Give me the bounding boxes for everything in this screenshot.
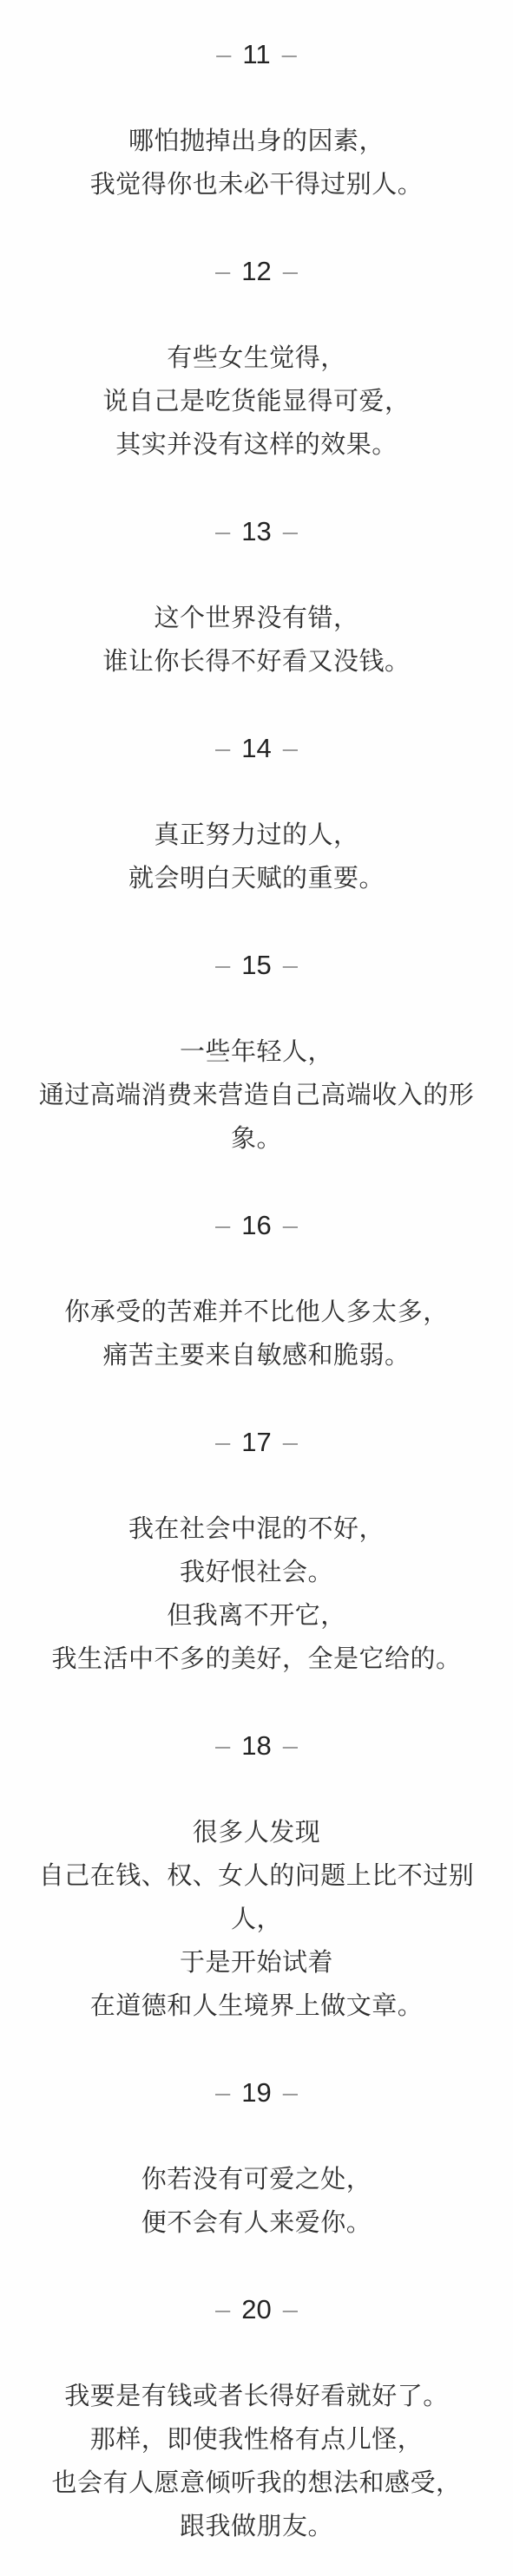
quote-line: 很多人发现 xyxy=(0,1811,513,1854)
quote-line: 我好恨社会。 xyxy=(0,1551,513,1594)
quote-line: 一些年轻人， xyxy=(0,1030,513,1074)
quote-line: 我生活中不多的美好，全是它给的。 xyxy=(0,1638,513,1681)
section-number: 18 xyxy=(241,1730,271,1761)
section-number: 15 xyxy=(241,950,271,980)
dash-left: – xyxy=(215,516,230,546)
quote-line: 通过高端消费来营造自己高端收入的形 xyxy=(0,1074,513,1117)
dash-left: – xyxy=(215,950,230,980)
section-18: –18– 很多人发现 自己在钱、权、女人的问题上比不过别 人， 于是开始试着 在… xyxy=(0,1724,513,2028)
quote-line: 哪怕抛掉出身的因素， xyxy=(0,120,513,163)
quote-line: 其实并没有这样的效果。 xyxy=(0,423,513,467)
dash-right: – xyxy=(283,1730,298,1761)
dash-left: – xyxy=(215,2294,230,2324)
section-number: 12 xyxy=(241,256,271,286)
quote-line: 人， xyxy=(0,1898,513,1941)
quote-line: 便不会有人来爱你。 xyxy=(0,2201,513,2245)
quote-line: 痛苦主要来自敏感和脆弱。 xyxy=(0,1334,513,1377)
quote-line: 那样，即使我性格有点儿怪， xyxy=(0,2418,513,2462)
quote-line: 跟我做朋友。 xyxy=(0,2505,513,2548)
quote-line: 我觉得你也未必干得过别人。 xyxy=(0,163,513,206)
section-number: 14 xyxy=(241,733,271,763)
quote-line: 说自己是吃货能显得可爱， xyxy=(0,380,513,423)
section-15: –15– 一些年轻人， 通过高端消费来营造自己高端收入的形 象。 xyxy=(0,944,513,1161)
dash-right: – xyxy=(283,516,298,546)
section-19: –19– 你若没有可爱之处， 便不会有人来爱你。 xyxy=(0,2071,513,2245)
section-number: 17 xyxy=(241,1427,271,1457)
section-number: 19 xyxy=(241,2077,271,2108)
section-20: –20– 我要是有钱或者长得好看就好了。 那样，即使我性格有点儿怪， 也会有人愿… xyxy=(0,2288,513,2548)
quote-line: 谁让你长得不好看又没钱。 xyxy=(0,640,513,683)
section-16-header: –16– xyxy=(0,1204,513,1247)
section-14: –14– 真正努力过的人， 就会明白天赋的重要。 xyxy=(0,727,513,900)
section-number: 16 xyxy=(241,1210,271,1240)
section-12: –12– 有些女生觉得， 说自己是吃货能显得可爱， 其实并没有这样的效果。 xyxy=(0,250,513,467)
quote-line: 我在社会中混的不好， xyxy=(0,1507,513,1551)
quote-line: 于是开始试着 xyxy=(0,1941,513,1984)
dash-right: – xyxy=(283,2294,298,2324)
dash-left: – xyxy=(216,39,231,69)
section-11-header: –11– xyxy=(0,33,513,76)
dash-left: – xyxy=(215,1210,230,1240)
quote-line: 你承受的苦难并不比他人多太多， xyxy=(0,1291,513,1334)
quote-line: 就会明白天赋的重要。 xyxy=(0,857,513,900)
quote-list-page: –11– 哪怕抛掉出身的因素， 我觉得你也未必干得过别人。 –12– 有些女生觉… xyxy=(0,0,513,2576)
quote-line: 自己在钱、权、女人的问题上比不过别 xyxy=(0,1854,513,1898)
section-11: –11– 哪怕抛掉出身的因素， 我觉得你也未必干得过别人。 xyxy=(0,33,513,206)
section-17: –17– 我在社会中混的不好， 我好恨社会。 但我离不开它， 我生活中不多的美好… xyxy=(0,1421,513,1681)
quote-line: 真正努力过的人， xyxy=(0,814,513,857)
section-number: 11 xyxy=(242,39,270,69)
dash-right: – xyxy=(283,1427,298,1457)
dash-left: – xyxy=(215,256,230,286)
quote-line: 象。 xyxy=(0,1117,513,1161)
dash-right: – xyxy=(283,256,298,286)
section-13: –13– 这个世界没有错， 谁让你长得不好看又没钱。 xyxy=(0,510,513,683)
quote-line: 在道德和人生境界上做文章。 xyxy=(0,1984,513,2028)
quote-line: 你若没有可爱之处， xyxy=(0,2158,513,2201)
quote-line: 有些女生觉得， xyxy=(0,337,513,380)
dash-right: – xyxy=(282,39,297,69)
section-14-header: –14– xyxy=(0,727,513,770)
dash-right: – xyxy=(283,1210,298,1240)
dash-right: – xyxy=(283,733,298,763)
section-15-header: –15– xyxy=(0,944,513,987)
section-13-header: –13– xyxy=(0,510,513,553)
dash-left: – xyxy=(215,2077,230,2108)
quote-line: 这个世界没有错， xyxy=(0,597,513,640)
section-18-header: –18– xyxy=(0,1724,513,1768)
dash-left: – xyxy=(215,1730,230,1761)
section-19-header: –19– xyxy=(0,2071,513,2115)
section-number: 13 xyxy=(241,516,271,546)
quote-line: 我要是有钱或者长得好看就好了。 xyxy=(0,2375,513,2418)
section-17-header: –17– xyxy=(0,1421,513,1464)
section-16: –16– 你承受的苦难并不比他人多太多， 痛苦主要来自敏感和脆弱。 xyxy=(0,1204,513,1377)
quote-line: 也会有人愿意倾听我的想法和感受， xyxy=(0,2462,513,2505)
dash-right: – xyxy=(283,950,298,980)
dash-left: – xyxy=(215,733,230,763)
section-12-header: –12– xyxy=(0,250,513,293)
dash-left: – xyxy=(215,1427,230,1457)
section-number: 20 xyxy=(241,2294,271,2324)
dash-right: – xyxy=(283,2077,298,2108)
section-20-header: –20– xyxy=(0,2288,513,2331)
quote-line: 但我离不开它， xyxy=(0,1594,513,1638)
